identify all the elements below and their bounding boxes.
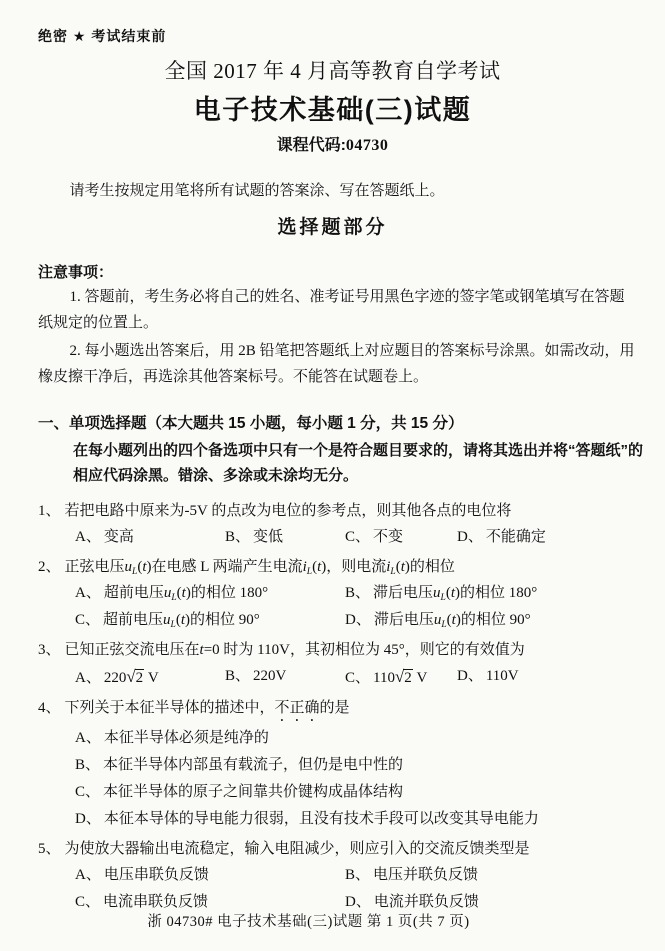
option: A、220√2 V	[75, 663, 225, 692]
option: A、变高	[75, 524, 225, 551]
option: A、超前电压uL(t)的相位 180°	[75, 580, 345, 607]
option-label: B、	[75, 757, 100, 773]
option: B、滞后电压uL(t)的相位 180°	[345, 580, 650, 607]
page-footer: 浙 04730# 电子技术基础(三)试题 第 1 页(共 7 页)	[0, 910, 665, 931]
question-number: 3、	[38, 642, 61, 658]
option-label: D、	[345, 612, 371, 628]
exam-paper-page: 绝密 ★ 考试结束前 全国 2017 年 4 月高等教育自学考试 电子技术基础(…	[0, 0, 665, 951]
part-one-instructions: 在每小题列出的四个备选项中只有一个是符合题目要求的，请将其选出并将“答题纸”的相…	[73, 438, 650, 488]
option-text: 滞后电压uL(t)的相位 180°	[373, 585, 537, 601]
option-text: 本征半导体内部虽有载流子，但仍是电中性的	[103, 757, 403, 773]
option-text: 220√2 V	[104, 670, 159, 686]
option-text: 电流并联负反馈	[374, 894, 479, 910]
question: 2、正弦电压uL(t)在电感 L 两端产生电流iL(t)，则电流iL(t)的相位…	[0, 554, 665, 634]
option: A、本征半导体必须是纯净的	[75, 725, 650, 752]
option-text: 本征半导体的原子之间靠共价键构成晶体结构	[103, 784, 403, 800]
option-text: 本征半导体必须是纯净的	[104, 730, 269, 746]
option: D、本征本导体的导电能力很弱，且没有技术手段可以改变其导电能力	[75, 806, 650, 833]
options-grid: A、变高B、变低C、不变D、不能确定	[75, 524, 650, 551]
question-stem: 已知正弦交流电压在t=0 时为 110V，其初相位为 45°，则它的有效值为	[65, 642, 525, 658]
part-one-heading: 一、单项选择题（本大题共 15 小题，每小题 1 分，共 15 分）	[38, 412, 637, 436]
option-text: 电压串联负反馈	[104, 867, 209, 883]
option-label: A、	[75, 670, 101, 686]
option-text: 变低	[253, 529, 283, 545]
question: 5、为使放大器输出电流稳定，输入电阻减少，则应引入的交流反馈类型是A、电压串联负…	[0, 836, 665, 916]
sqrt-radical: √2	[395, 670, 413, 686]
option-label: A、	[75, 730, 101, 746]
option-text: 滞后电压uL(t)的相位 90°	[374, 612, 531, 628]
question-stem: 为使放大器输出电流稳定，输入电阻减少，则应引入的交流反馈类型是	[65, 841, 530, 857]
question-number: 1、	[38, 503, 61, 519]
option-text: 本征本导体的导电能力很弱，且没有技术手段可以改变其导电能力	[104, 811, 539, 827]
course-code-value: 04730	[346, 137, 389, 154]
note-item-1: 1. 答题前，考生务必将自己的姓名、准考证号用黑色字迹的签字笔或钢笔填写在答题纸…	[38, 284, 635, 336]
question-stem-row: 1、若把电路中原来为-5V 的点改为电位的参考点，则其他各点的电位将	[38, 498, 645, 524]
course-code-label: 课程代码:	[277, 137, 346, 154]
question: 1、若把电路中原来为-5V 的点改为电位的参考点，则其他各点的电位将A、变高B、…	[0, 498, 665, 551]
option-label: B、	[225, 668, 250, 684]
option-label: B、	[345, 585, 370, 601]
options-grid: A、超前电压uL(t)的相位 180°B、滞后电压uL(t)的相位 180°C、…	[75, 580, 650, 634]
option-label: D、	[75, 811, 101, 827]
option: B、变低	[225, 524, 345, 551]
question-stem: 若把电路中原来为-5V 的点改为电位的参考点，则其他各点的电位将	[65, 503, 512, 519]
note-item-2: 2. 每小题选出答案后，用 2B 铅笔把答题纸上对应题目的答案标号涂黑。如需改动…	[38, 338, 635, 390]
option: B、220V	[225, 663, 345, 692]
option-label: A、	[75, 585, 101, 601]
option-label: B、	[225, 529, 250, 545]
question-number: 5、	[38, 841, 61, 857]
option-text: 变高	[104, 529, 134, 545]
option-label: A、	[75, 867, 101, 883]
question-stem: 正弦电压uL(t)在电感 L 两端产生电流iL(t)，则电流iL(t)的相位	[65, 559, 455, 575]
question-stem-row: 2、正弦电压uL(t)在电感 L 两端产生电流iL(t)，则电流iL(t)的相位	[38, 554, 645, 580]
option-text: 超前电压uL(t)的相位 180°	[104, 585, 268, 601]
option-text: 220V	[253, 668, 286, 684]
question-stem: 下列关于本征半导体的描述中，不正确的是	[65, 700, 350, 716]
option: C、110√2 V	[345, 663, 457, 692]
option-label: C、	[345, 670, 370, 686]
question: 3、已知正弦交流电压在t=0 时为 110V，其初相位为 45°，则它的有效值为…	[0, 637, 665, 692]
question-stem-row: 5、为使放大器输出电流稳定，输入电阻减少，则应引入的交流反馈类型是	[38, 836, 645, 862]
option-label: C、	[345, 529, 370, 545]
option-label: A、	[75, 529, 101, 545]
option-text: 110V	[486, 668, 519, 684]
answer-sheet-instruction: 请考生按规定用笔将所有试题的答案涂、写在答题纸上。	[38, 179, 637, 200]
question-stem-row: 4、下列关于本征半导体的描述中，不正确的是	[38, 695, 645, 725]
option-text: 110√2 V	[373, 670, 427, 686]
option-label: D、	[457, 668, 483, 684]
option: B、电压并联负反馈	[345, 862, 650, 889]
option-text: 电压并联负反馈	[373, 867, 478, 883]
option: B、本征半导体内部虽有载流子，但仍是电中性的	[75, 752, 650, 779]
option-label: C、	[75, 894, 100, 910]
questions-list: 1、若把电路中原来为-5V 的点改为电位的参考点，则其他各点的电位将A、变高B、…	[0, 498, 665, 916]
classification-banner: 绝密 ★ 考试结束前	[38, 26, 665, 46]
options-grid: A、本征半导体必须是纯净的B、本征半导体内部虽有载流子，但仍是电中性的C、本征半…	[75, 725, 650, 833]
option-text: 电流串联负反馈	[103, 894, 208, 910]
options-grid: A、电压串联负反馈B、电压并联负反馈C、电流串联负反馈D、电流并联负反馈	[75, 862, 650, 916]
option-text: 不变	[373, 529, 403, 545]
question: 4、下列关于本征半导体的描述中，不正确的是A、本征半导体必须是纯净的B、本征半导…	[0, 695, 665, 833]
options-grid: A、220√2 VB、220VC、110√2 VD、110V	[75, 663, 650, 692]
section-title: 选择题部分	[0, 212, 665, 239]
option-label: B、	[345, 867, 370, 883]
option: D、110V	[457, 663, 650, 692]
question-stem-row: 3、已知正弦交流电压在t=0 时为 110V，其初相位为 45°，则它的有效值为	[38, 637, 645, 663]
option: A、电压串联负反馈	[75, 862, 345, 889]
option: C、超前电压uL(t)的相位 90°	[75, 607, 345, 634]
option-label: C、	[75, 612, 100, 628]
option: D、不能确定	[457, 524, 650, 551]
sqrt-radical: √2	[126, 670, 144, 686]
option-label: C、	[75, 784, 100, 800]
option-text: 不能确定	[486, 529, 546, 545]
option: D、滞后电压uL(t)的相位 90°	[345, 607, 650, 634]
option: C、本征半导体的原子之间靠共价键构成晶体结构	[75, 779, 650, 806]
course-code: 课程代码:04730	[0, 132, 665, 155]
question-number: 4、	[38, 700, 61, 716]
paper-title: 电子技术基础(三)试题	[0, 88, 665, 127]
option-text: 超前电压uL(t)的相位 90°	[103, 612, 260, 628]
option-label: D、	[345, 894, 371, 910]
option: C、不变	[345, 524, 457, 551]
option-label: D、	[457, 529, 483, 545]
notes-heading: 注意事项：	[38, 261, 665, 282]
exam-session-title: 全国 2017 年 4 月高等教育自学考试	[0, 55, 665, 85]
question-number: 2、	[38, 559, 61, 575]
